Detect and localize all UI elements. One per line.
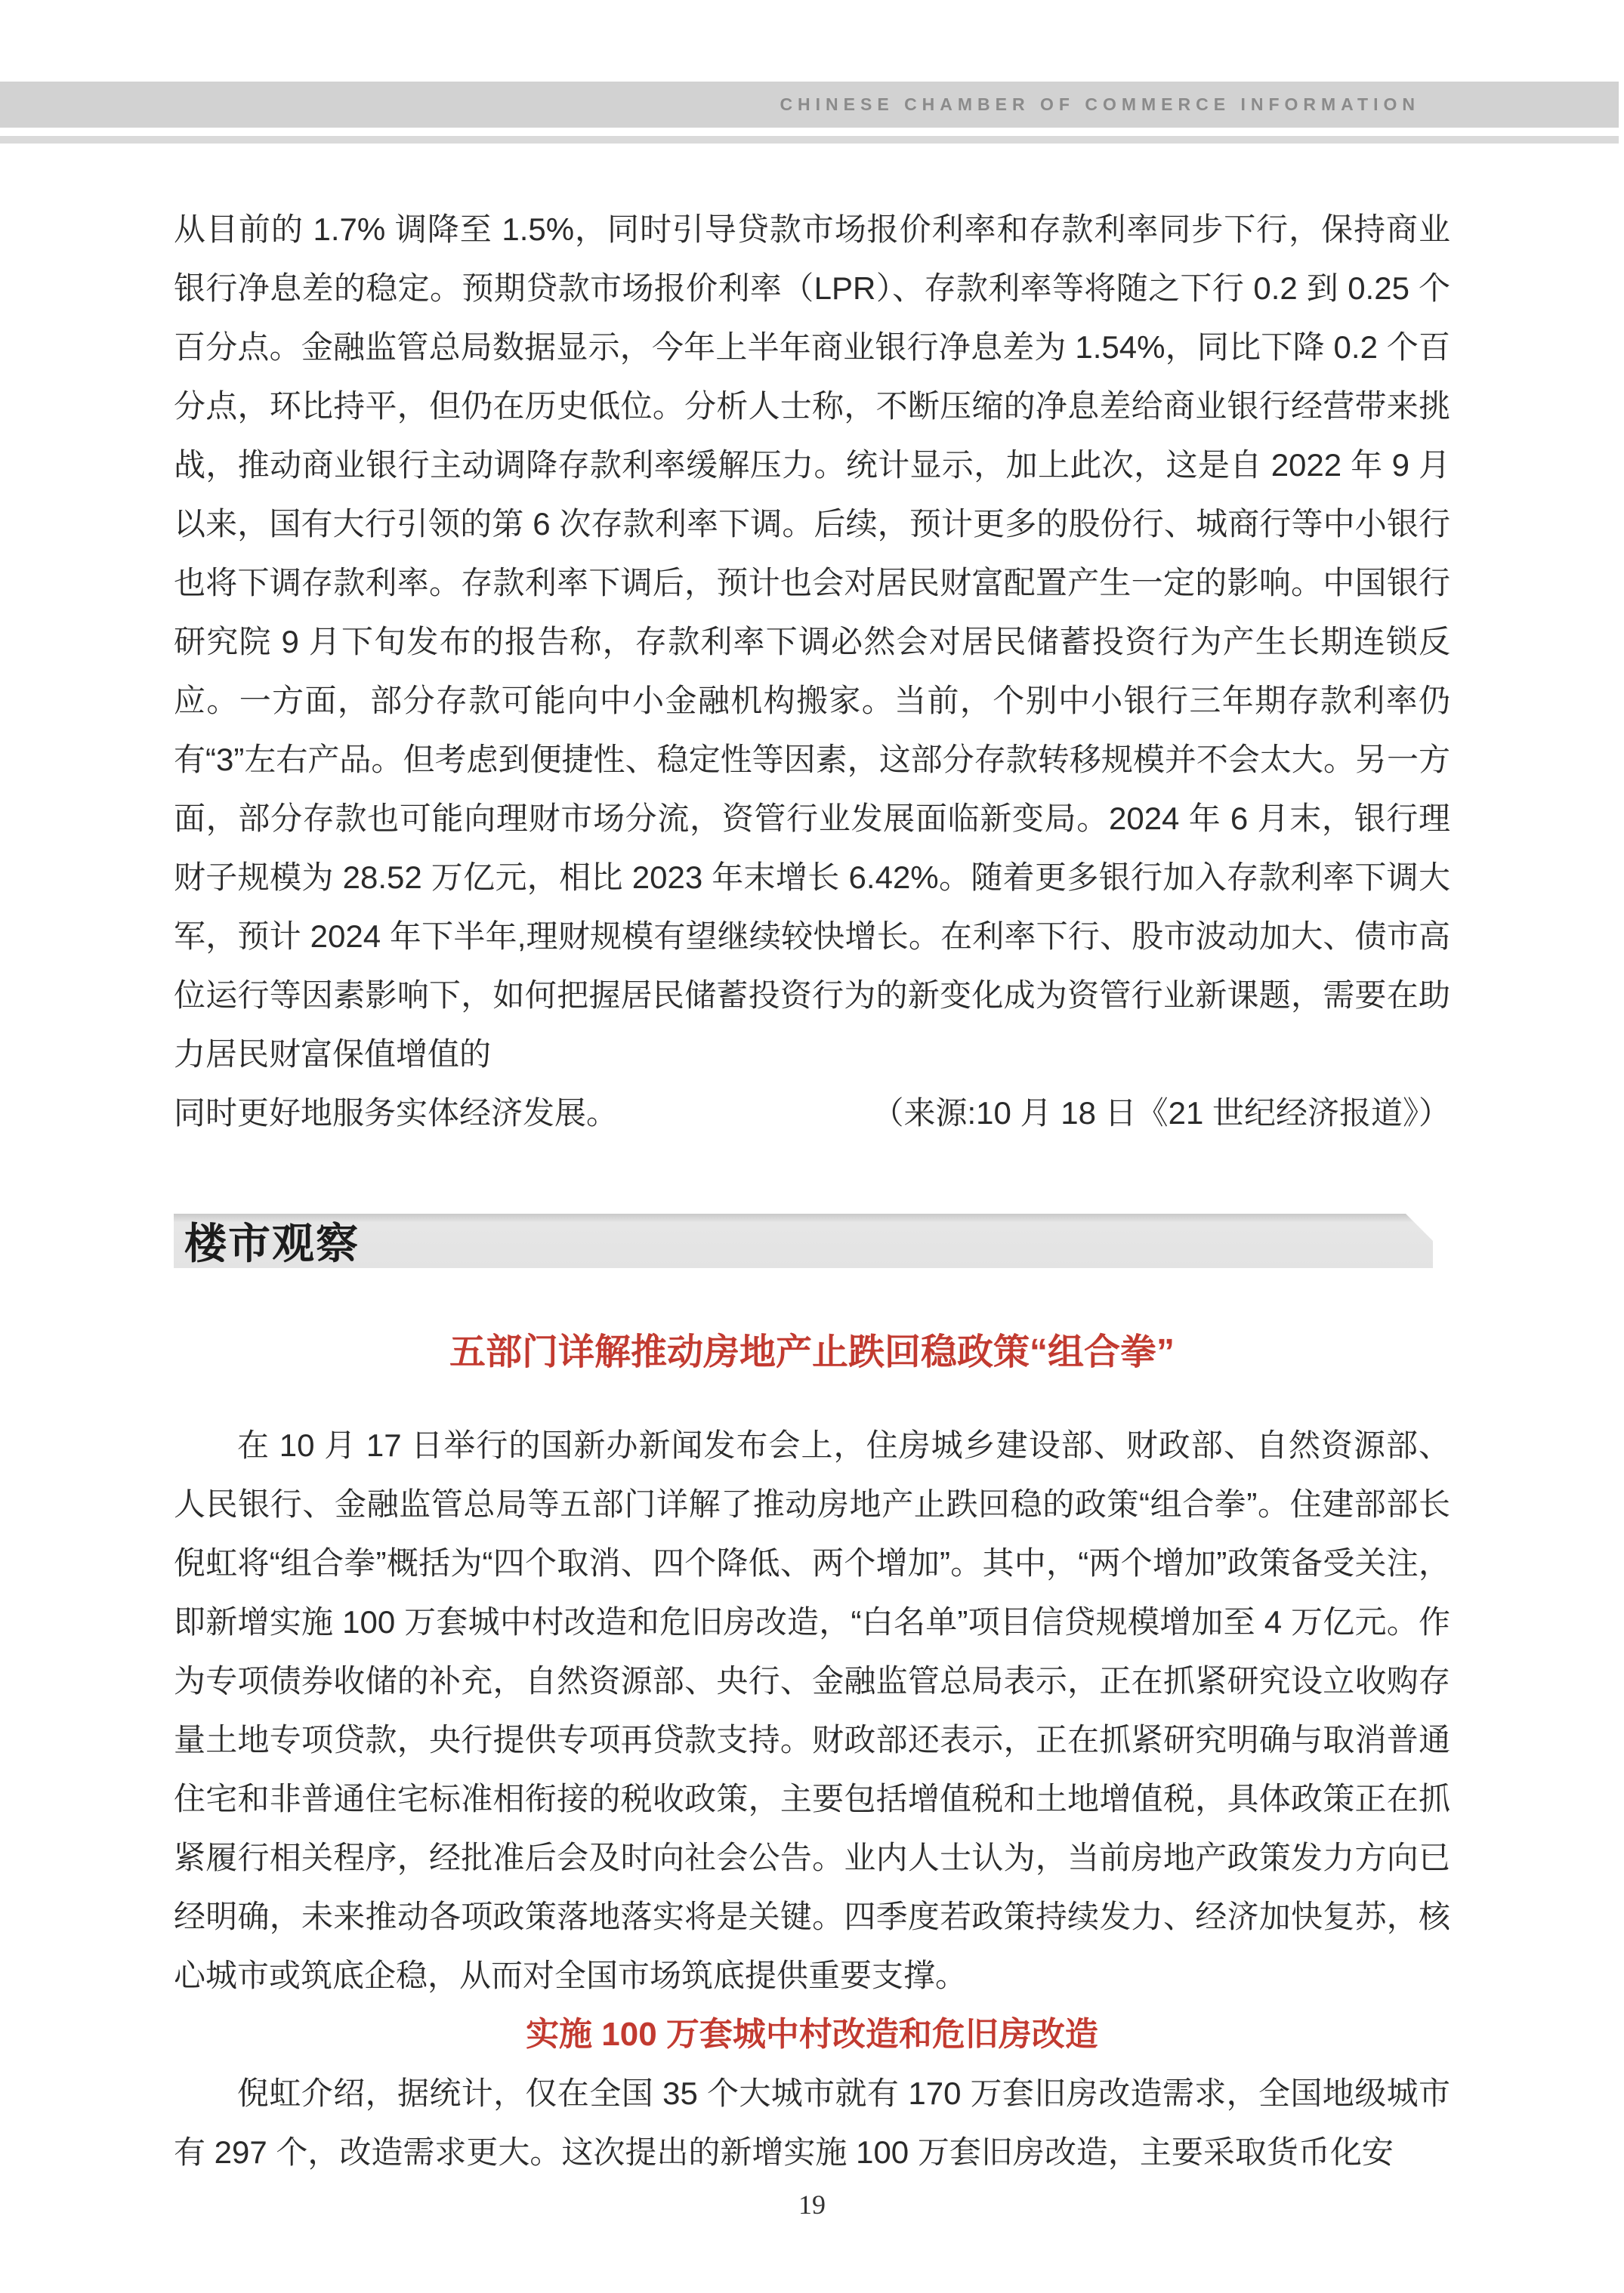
article1-paragraph-end: 同时更好地服务实体经济发展。 [174, 1084, 618, 1143]
page-number: 19 [0, 2189, 1624, 2220]
article2-title: 五部门详解推动房地产止跌回稳政策“组合拳” [174, 1330, 1450, 1375]
document-page: CHINESE CHAMBER OF COMMERCE INFORMATION … [0, 0, 1624, 2293]
section-banner: 楼市观察 [174, 1214, 1433, 1268]
header-banner-bar: CHINESE CHAMBER OF COMMERCE INFORMATION [0, 82, 1619, 128]
header-banner-text: CHINESE CHAMBER OF COMMERCE INFORMATION [780, 94, 1420, 115]
article2-subheading: 实施 100 万套城中村改造和危旧房改造 [174, 2005, 1450, 2064]
article2-paragraph-1: 在 10 月 17 日举行的国新办新闻发布会上，住房城乡建设部、财政部、自然资源… [174, 1416, 1450, 2005]
article1-last-line: 同时更好地服务实体经济发展。 （来源:10 月 18 日《21 世纪经济报道》） [174, 1084, 1450, 1143]
section-banner-label: 楼市观察 [174, 1211, 360, 1271]
content-column: 从目前的 1.7% 调降至 1.5%，同时引导贷款市场报价利率和存款利率同步下行… [174, 200, 1450, 2182]
header-rule-bar [0, 136, 1619, 144]
article1-paragraph: 从目前的 1.7% 调降至 1.5%，同时引导贷款市场报价利率和存款利率同步下行… [174, 200, 1450, 1084]
article1-source: （来源:10 月 18 日《21 世纪经济报道》） [872, 1084, 1451, 1143]
article2-paragraph-2: 倪虹介绍，据统计，仅在全国 35 个大城市就有 170 万套旧房改造需求，全国地… [174, 2064, 1450, 2182]
